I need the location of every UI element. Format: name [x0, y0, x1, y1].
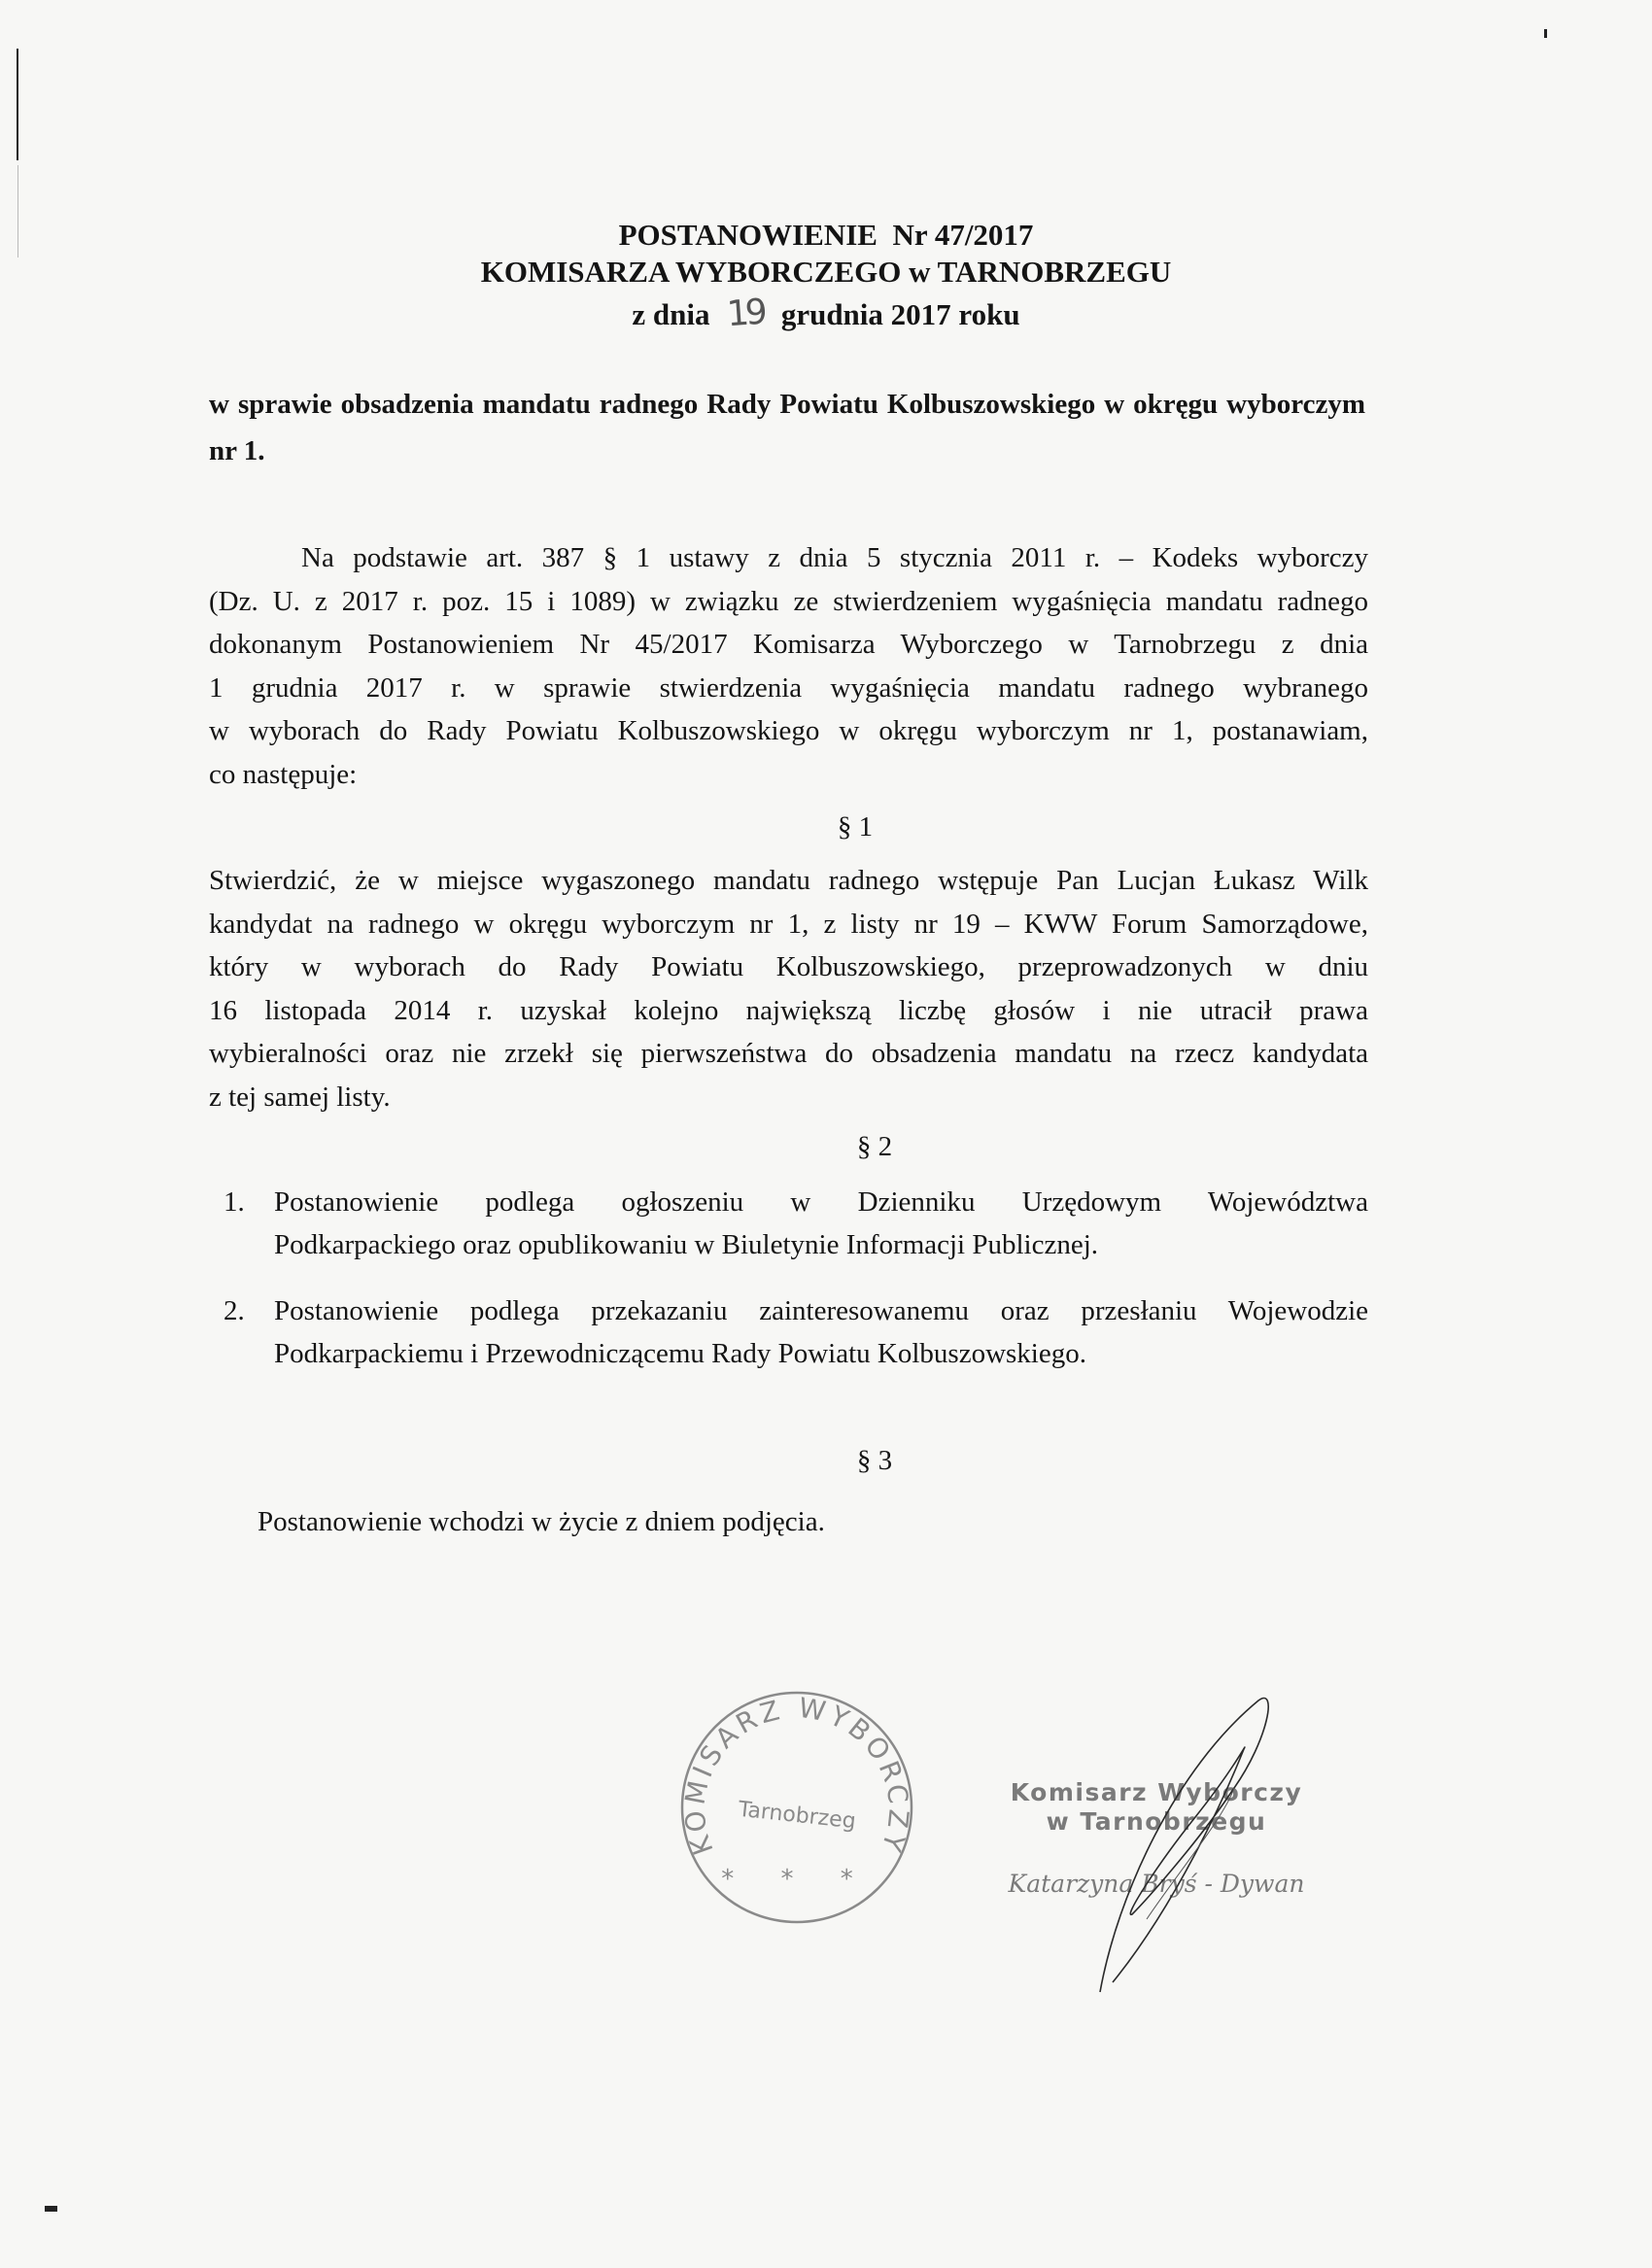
date-prefix: z dnia	[632, 297, 709, 331]
preamble-line: 1 grudnia 2017 r. w sprawie stwierdzenia…	[209, 667, 1368, 710]
section-3-body: Postanowienie wchodzi w życie z dniem po…	[258, 1506, 825, 1538]
section-1-body: Stwierdzić, że w miejsce wygaszonego man…	[209, 859, 1368, 1118]
list-item-line: Podkarpackiego oraz opublikowaniu w Biul…	[274, 1223, 1368, 1266]
scan-artifact-top-right-mark	[1544, 29, 1547, 38]
scan-artifact-bottom-left-mark	[45, 2206, 57, 2212]
official-stamp: KOMISARZ WYBORCZY Tarnobrzeg * * *	[671, 1681, 923, 1934]
section-1-heading: § 1	[29, 811, 1652, 843]
section-2-list: 1. Postanowienie podlega ogłoszeniu w Dz…	[224, 1181, 1368, 1398]
section-1-line: wybieralności oraz nie zrzekł się pierws…	[209, 1032, 1368, 1076]
list-item: 2. Postanowienie podlega przekazaniu zai…	[224, 1289, 1368, 1375]
svg-text:Tarnobrzeg: Tarnobrzeg	[736, 1798, 856, 1835]
list-item-line: Postanowienie podlega przekazaniu zainte…	[274, 1289, 1368, 1332]
handwritten-signature-icon	[1088, 1681, 1283, 2002]
section-1-line: 16 listopada 2014 r. uzyskał kolejno naj…	[209, 989, 1368, 1033]
preamble-line: dokonanym Postanowieniem Nr 45/2017 Komi…	[209, 623, 1368, 667]
section-1-line: Stwierdzić, że w miejsce wygaszonego man…	[209, 859, 1368, 903]
document-date: z dnia 19 grudnia 2017 roku	[0, 294, 1652, 334]
date-suffix: grudnia 2017 roku	[781, 297, 1020, 331]
issuing-authority: KOMISARZA WYBORCZEGO w TARNOBRZEGU	[0, 253, 1652, 292]
svg-text:KOMISARZ WYBORCZY: KOMISARZ WYBORCZY	[678, 1692, 914, 1860]
section-1-line: z tej samej listy.	[209, 1076, 1368, 1119]
preamble-line: (Dz. U. z 2017 r. poz. 15 i 1089) w zwią…	[209, 580, 1368, 624]
preamble-line: Na podstawie art. 387 § 1 ustawy z dnia …	[209, 536, 1368, 580]
list-item-line: Podkarpackiemu i Przewodniczącemu Rady P…	[274, 1332, 1368, 1375]
section-3-heading: § 3	[49, 1445, 1652, 1477]
preamble: Na podstawie art. 387 § 1 ustawy z dnia …	[209, 536, 1368, 796]
document-subject: w sprawie obsadzenia mandatu radnego Rad…	[209, 381, 1365, 474]
stamp-seal-icon: KOMISARZ WYBORCZY Tarnobrzeg * * *	[671, 1681, 923, 1934]
section-1-line: który w wyborach do Rady Powiatu Kolbusz…	[209, 945, 1368, 989]
document-title: POSTANOWIENIE Nr 47/2017	[0, 216, 1652, 255]
preamble-line: co następuje:	[209, 753, 1368, 797]
section-1-line: kandydat na radnego w okręgu wyborczym n…	[209, 903, 1368, 946]
svg-text:* * *: * * *	[721, 1865, 873, 1894]
scan-artifact-left-line	[17, 49, 18, 160]
handwritten-day: 19	[726, 293, 766, 335]
list-item-line: Postanowienie podlega ogłoszeniu w Dzien…	[274, 1181, 1368, 1223]
preamble-line: w wyborach do Rady Powiatu Kolbuszowskie…	[209, 709, 1368, 753]
section-2-heading: § 2	[49, 1131, 1652, 1163]
list-item-number: 2.	[224, 1289, 245, 1332]
list-item: 1. Postanowienie podlega ogłoszeniu w Dz…	[224, 1181, 1368, 1266]
list-item-number: 1.	[224, 1181, 245, 1223]
